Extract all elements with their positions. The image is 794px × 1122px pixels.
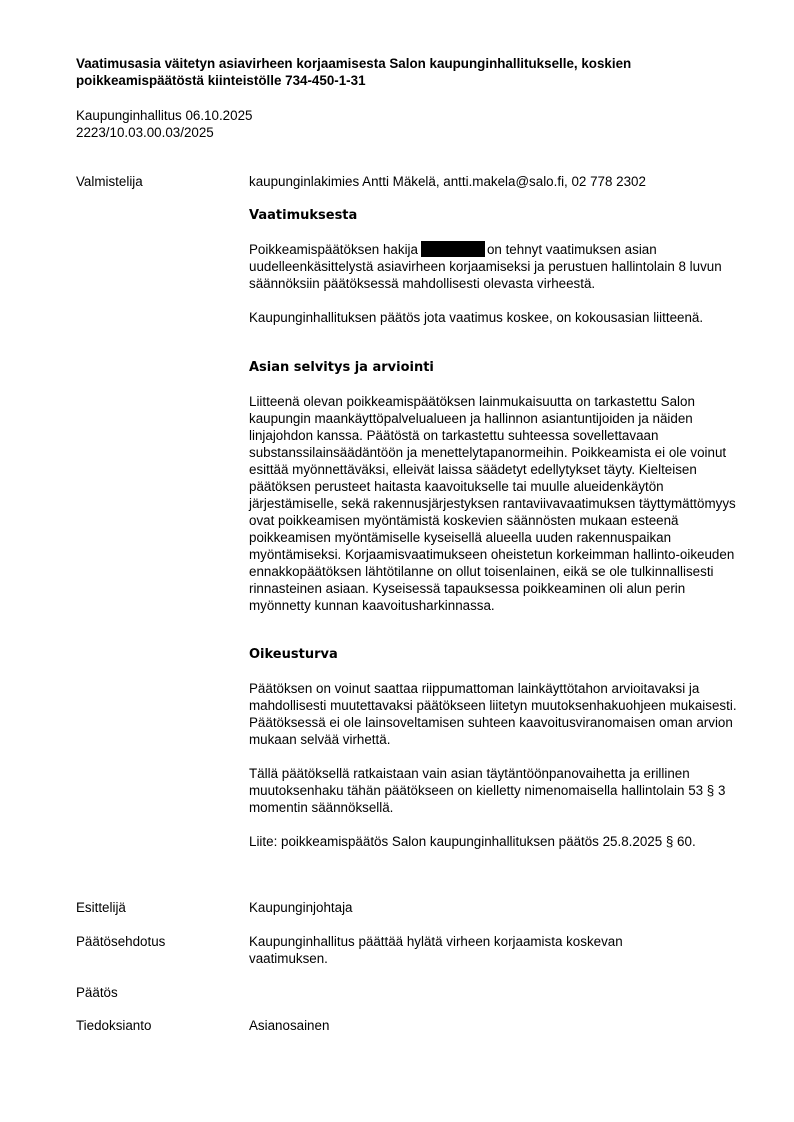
claim-heading: Vaatimuksesta — [249, 207, 739, 224]
attachment-note: Liite: poikkeamispäätös Salon kaupunginh… — [249, 833, 739, 850]
proposal-label: Päätösehdotus — [76, 933, 246, 950]
document-title: Vaatimusasia väitetyn asiavirheen korjaa… — [76, 55, 726, 89]
legal-protection-section: Oikeusturva Päätöksen on voinut saattaa … — [249, 646, 739, 850]
proposal-value: Kaupunginhallitus päättää hylätä virheen… — [249, 933, 679, 967]
legal-protection-paragraph-2: Tällä päätöksellä ratkaistaan vain asian… — [249, 765, 739, 816]
decision-label: Päätös — [76, 984, 246, 1001]
assessment-heading: Asian selvitys ja arviointi — [249, 359, 739, 376]
preparer-value: kaupunginlakimies Antti Mäkelä, antti.ma… — [249, 173, 739, 190]
assessment-paragraph: Liitteenä olevan poikkeamispäätöksen lai… — [249, 393, 739, 614]
claim-paragraph-1: Poikkeamispäätöksen hakijaon tehnyt vaat… — [249, 241, 739, 292]
preparer-label: Valmistelija — [76, 173, 246, 190]
document-meta: Kaupunginhallitus 06.10.2025 2223/10.03.… — [76, 107, 252, 141]
legal-protection-heading: Oikeusturva — [249, 646, 739, 663]
legal-protection-paragraph-1: Päätöksen on voinut saattaa riippumattom… — [249, 680, 739, 748]
notification-label: Tiedoksianto — [76, 1017, 246, 1034]
document-page: Vaatimusasia väitetyn asiavirheen korjaa… — [0, 0, 794, 1122]
claim-section: Vaatimuksesta Poikkeamispäätöksen hakija… — [249, 207, 739, 326]
redacted-applicant-name — [421, 241, 485, 257]
claim-text-before: Poikkeamispäätöksen hakija — [249, 242, 418, 257]
notification-value: Asianosainen — [249, 1017, 739, 1034]
presenter-label: Esittelijä — [76, 899, 246, 916]
meeting-body-date: Kaupunginhallitus 06.10.2025 — [76, 107, 252, 124]
case-number: 2223/10.03.00.03/2025 — [76, 124, 252, 141]
claim-paragraph-2: Kaupunginhallituksen päätös jota vaatimu… — [249, 309, 739, 326]
presenter-value: Kaupunginjohtaja — [249, 899, 739, 916]
assessment-section: Asian selvitys ja arviointi Liitteenä ol… — [249, 359, 739, 614]
